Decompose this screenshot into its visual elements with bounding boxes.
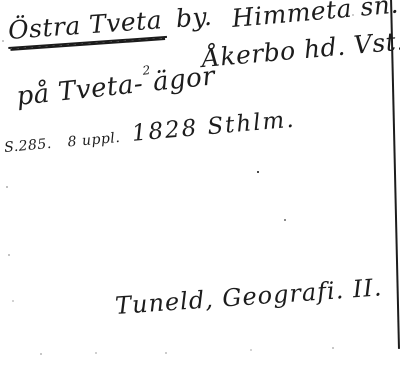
location-note-prefix: på Tveta- — [15, 69, 145, 112]
footnote-mark: 2 — [142, 62, 152, 77]
card-heading: Östra Tvetaby. — [6, 4, 213, 43]
location-note: på Tveta-2ägor — [15, 63, 216, 110]
source-citation: Tuneld, Geografi. II. — [114, 275, 383, 318]
district-province: Åkerbo hd. Vst. — [201, 28, 400, 71]
place-name: Östra Tveta — [6, 5, 167, 49]
index-card: Östra Tvetaby. Himmeta sn. Åkerbo hd. Vs… — [0, 0, 400, 368]
location-note-word: ägor — [152, 61, 217, 97]
parish-name: Himmeta sn. — [231, 0, 400, 31]
page-reference: S.285. — [4, 137, 53, 155]
scan-speckles — [0, 0, 2, 2]
settlement-type: by. — [175, 2, 213, 33]
edition-note: 8 uppl. — [67, 131, 121, 150]
year-and-place: 1828 Sthlm. — [131, 109, 297, 146]
source-reference-line: S.285. 8 uppl. 1828 Sthlm. — [3, 109, 296, 157]
